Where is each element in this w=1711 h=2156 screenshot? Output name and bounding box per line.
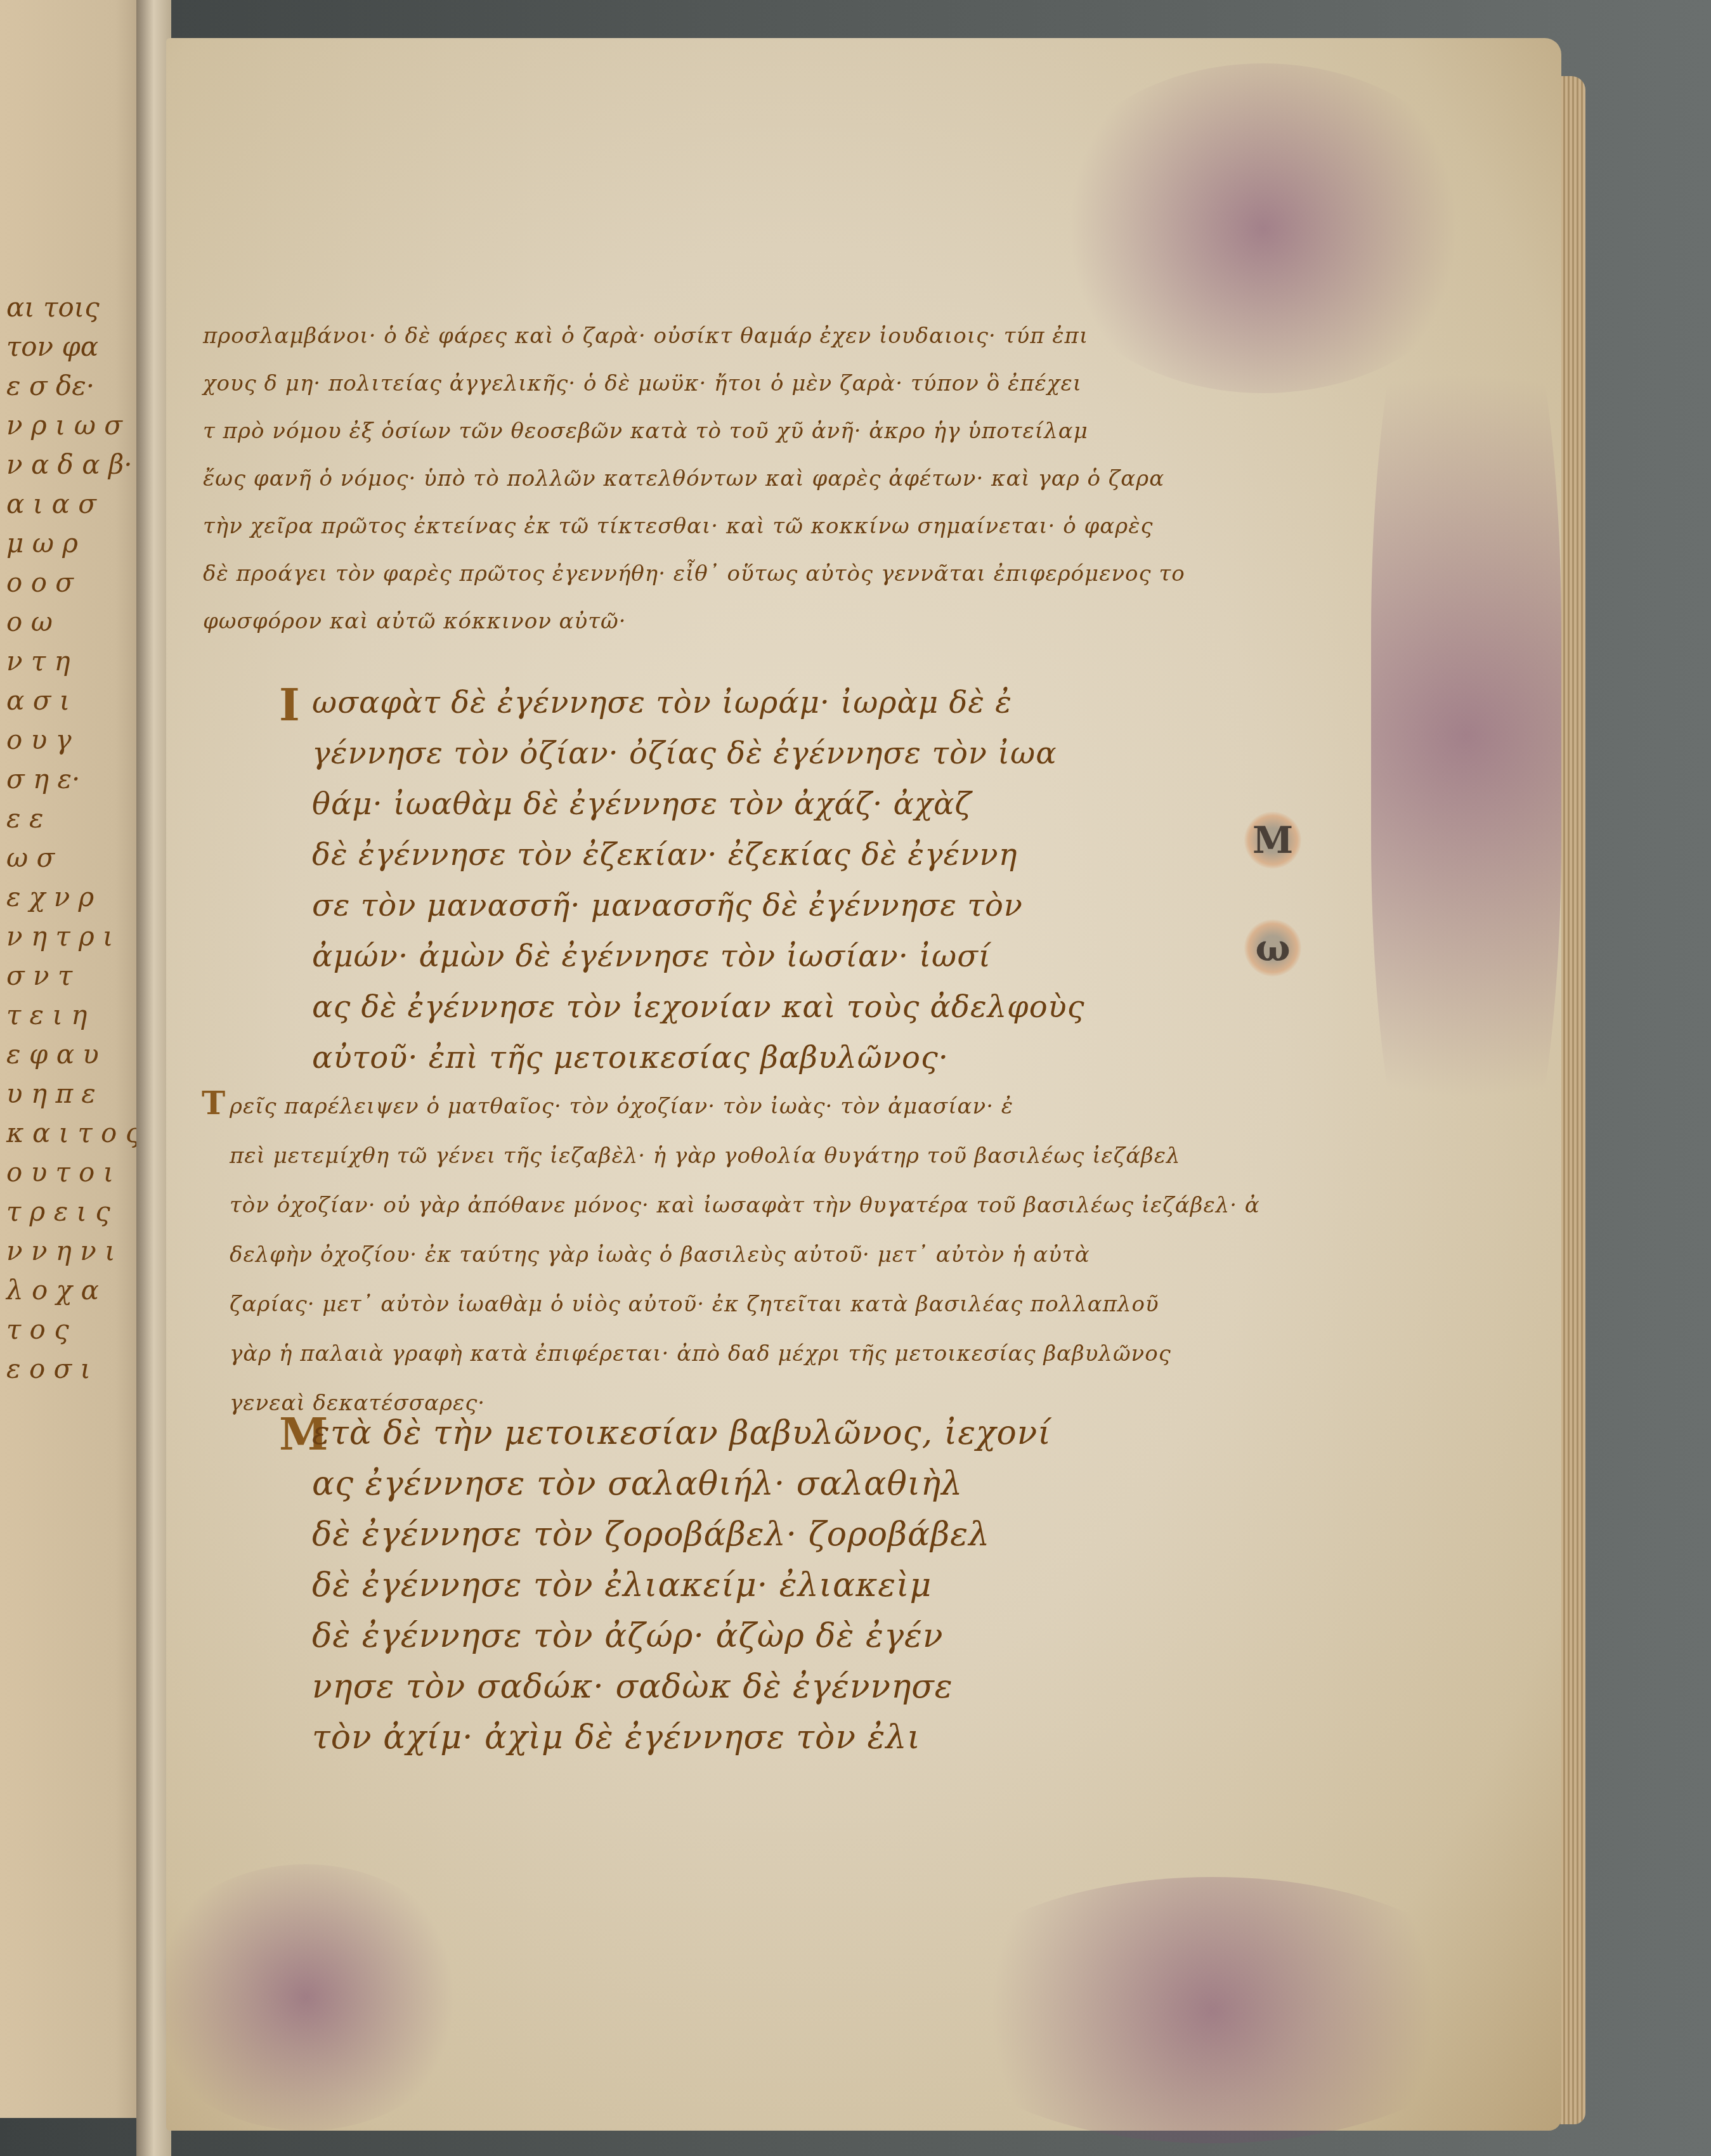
manuscript-line: ζαρίας· μετ᾽ αὐτὸν ἰωαθὰμ ὁ υἱὸς αὐτοῦ· …: [230, 1292, 1159, 1317]
mould-stain: [141, 1864, 471, 2131]
left-page-line: ν ν η ν ι: [6, 1235, 115, 1266]
manuscript-line: γενεαὶ δεκατέσσαρες·: [230, 1391, 485, 1416]
left-page-line: ν η τ ρ ι: [6, 921, 114, 952]
left-page-line: ε σ δε·: [6, 370, 94, 401]
left-page-line: ο υ τ ο ι: [6, 1157, 114, 1188]
initial-letter: Τ: [202, 1084, 225, 1122]
left-page-line: τον φα: [6, 331, 98, 362]
manuscript-line: δελφὴν ὀχοζίου· ἐκ ταύτης γὰρ ἰωὰς ὁ βασ…: [230, 1242, 1090, 1268]
manuscript-line: αὐτοῦ· ἐπὶ τῆς μετοικεσίας βαβυλῶνος·: [312, 1040, 949, 1075]
left-page-line: τ ε ι η: [6, 999, 87, 1030]
manuscript-line: δὲ ἐγέννησε τὸν ἐλιακείμ· ἐλιακεὶμ: [312, 1566, 932, 1604]
left-page-line: ε χ ν ρ: [6, 881, 94, 912]
left-page-line: ο ο σ: [6, 567, 74, 598]
manuscript-line: νησε τὸν σαδώκ· σαδὼκ δὲ ἐγέννησε: [312, 1668, 953, 1706]
manuscript-line: γέννησε τὸν ὀζίαν· ὀζίας δὲ ἐγέννησε τὸν…: [312, 736, 1057, 771]
manuscript-line: δὲ ἐγέννησε τὸν ἐζεκίαν· ἐζεκίας δὲ ἐγέν…: [312, 837, 1017, 873]
manuscript-line: σε τὸν μανασσῆ· μανασσῆς δὲ ἐγέννησε τὸν: [312, 888, 1023, 923]
manuscript-line: προσλαμβάνοι· ὁ δὲ φάρες καὶ ὁ ζαρὰ· οὐσ…: [203, 323, 1088, 349]
left-page-line: ο υ γ: [6, 724, 72, 755]
mould-stain: [927, 1877, 1498, 2143]
manuscript-line: τὴν χεῖρα πρῶτος ἐκτείνας ἐκ τῶ τίκτεσθα…: [203, 514, 1154, 539]
left-page-line: λ ο χ α: [6, 1275, 99, 1306]
manuscript-line: τὸν ὀχοζίαν· οὐ γὰρ ἀπόθανε μόνος· καὶ ἰ…: [230, 1193, 1260, 1218]
manuscript-line: ετὰ δὲ τὴν μετοικεσίαν βαβυλῶνος, ἰεχονί: [312, 1414, 1051, 1452]
manuscript-line: φωσφόρον καὶ αὐτῶ κόκκινον αὐτῶ·: [203, 609, 627, 634]
left-page-line: σ η ε·: [6, 763, 80, 795]
left-page-line: ε ε: [6, 803, 43, 834]
left-page-line: κ α ι τ ο ς: [6, 1117, 140, 1148]
left-page-line: ν τ η: [6, 646, 70, 677]
manuscript-line: δὲ ἐγέννησε τὸν ἀζώρ· ἀζὼρ δὲ ἐγέν: [312, 1617, 944, 1655]
left-page-line: α ι α σ: [6, 488, 96, 519]
left-page-line: υ η π ε: [6, 1078, 96, 1109]
manuscript-line: ας δὲ ἐγέννησε τὸν ἰεχονίαν καὶ τοὺς ἀδε…: [312, 989, 1085, 1025]
left-page-line: ν ρ ι ω σ: [6, 410, 122, 441]
left-page-line: σ ν τ: [6, 960, 72, 991]
manuscript-line: ας ἐγέννησε τὸν σαλαθιήλ· σαλαθιὴλ: [312, 1465, 963, 1503]
manuscript-line: ρεῖς παρέλειψεν ὁ ματθαῖος· τὸν ὀχοζίαν·…: [230, 1094, 1013, 1119]
margin-mark: Μ: [1244, 812, 1301, 869]
left-page-line: ε ο σ ι: [6, 1353, 91, 1384]
left-page-line: ο ω: [6, 606, 53, 637]
manuscript-line: τ πρὸ νόμου ἐξ ὁσίων τῶν θεοσεβῶν κατὰ τ…: [203, 419, 1088, 444]
margin-mark: ω: [1244, 919, 1301, 977]
left-page-line: αι τοις: [6, 292, 100, 323]
left-page-line: τ ρ ε ι ς: [6, 1196, 110, 1227]
right-page: προσλαμβάνοι· ὁ δὲ φάρες καὶ ὁ ζαρὰ· οὐσ…: [166, 38, 1561, 2131]
manuscript-line: ἔως φανῆ ὁ νόμος· ὑπὸ τὸ πολλῶν κατελθόν…: [203, 466, 1164, 491]
initial-letter: Ι: [279, 679, 300, 731]
left-page-line: α σ ι: [6, 685, 70, 716]
left-page-line: ω σ: [6, 842, 55, 873]
manuscript-line: δὲ προάγει τὸν φαρὲς πρῶτος ἐγεννήθη· εἶ…: [203, 561, 1185, 587]
manuscript-line: τὸν ἀχίμ· ἀχὶμ δὲ ἐγέννησε τὸν ἐλι: [312, 1718, 921, 1757]
left-page-line: ε φ α υ: [6, 1039, 99, 1070]
manuscript-line: ωσαφὰτ δὲ ἐγέννησε τὸν ἰωράμ· ἰωρὰμ δὲ ἐ: [312, 685, 1012, 720]
left-page-line: μ ω ρ: [6, 528, 78, 559]
manuscript-line: γὰρ ἡ παλαιὰ γραφὴ κατὰ ἐπιφέρεται· ἀπὸ …: [230, 1341, 1171, 1367]
manuscript-line: δὲ ἐγέννησε τὸν ζοροβάβελ· ζοροβάβελ: [312, 1516, 990, 1554]
manuscript-line: πεὶ μετεμίχθη τῶ γένει τῆς ἰεζαβὲλ· ἡ γὰ…: [230, 1143, 1181, 1169]
mould-stain: [1371, 228, 1561, 1243]
left-page-line: ν α δ α β·: [6, 449, 133, 480]
manuscript-line: θάμ· ἰωαθὰμ δὲ ἐγέννησε τὸν ἀχάζ· ἀχὰζ: [312, 786, 972, 822]
left-page-line: τ ο ς: [6, 1314, 69, 1345]
manuscript-line: ἀμών· ἀμὼν δὲ ἐγέννησε τὸν ἰωσίαν· ἰωσί: [312, 938, 991, 974]
manuscript-line: χους δ μη· πολιτείας ἀγγελικῆς· ὁ δὲ μωϋ…: [203, 371, 1082, 396]
